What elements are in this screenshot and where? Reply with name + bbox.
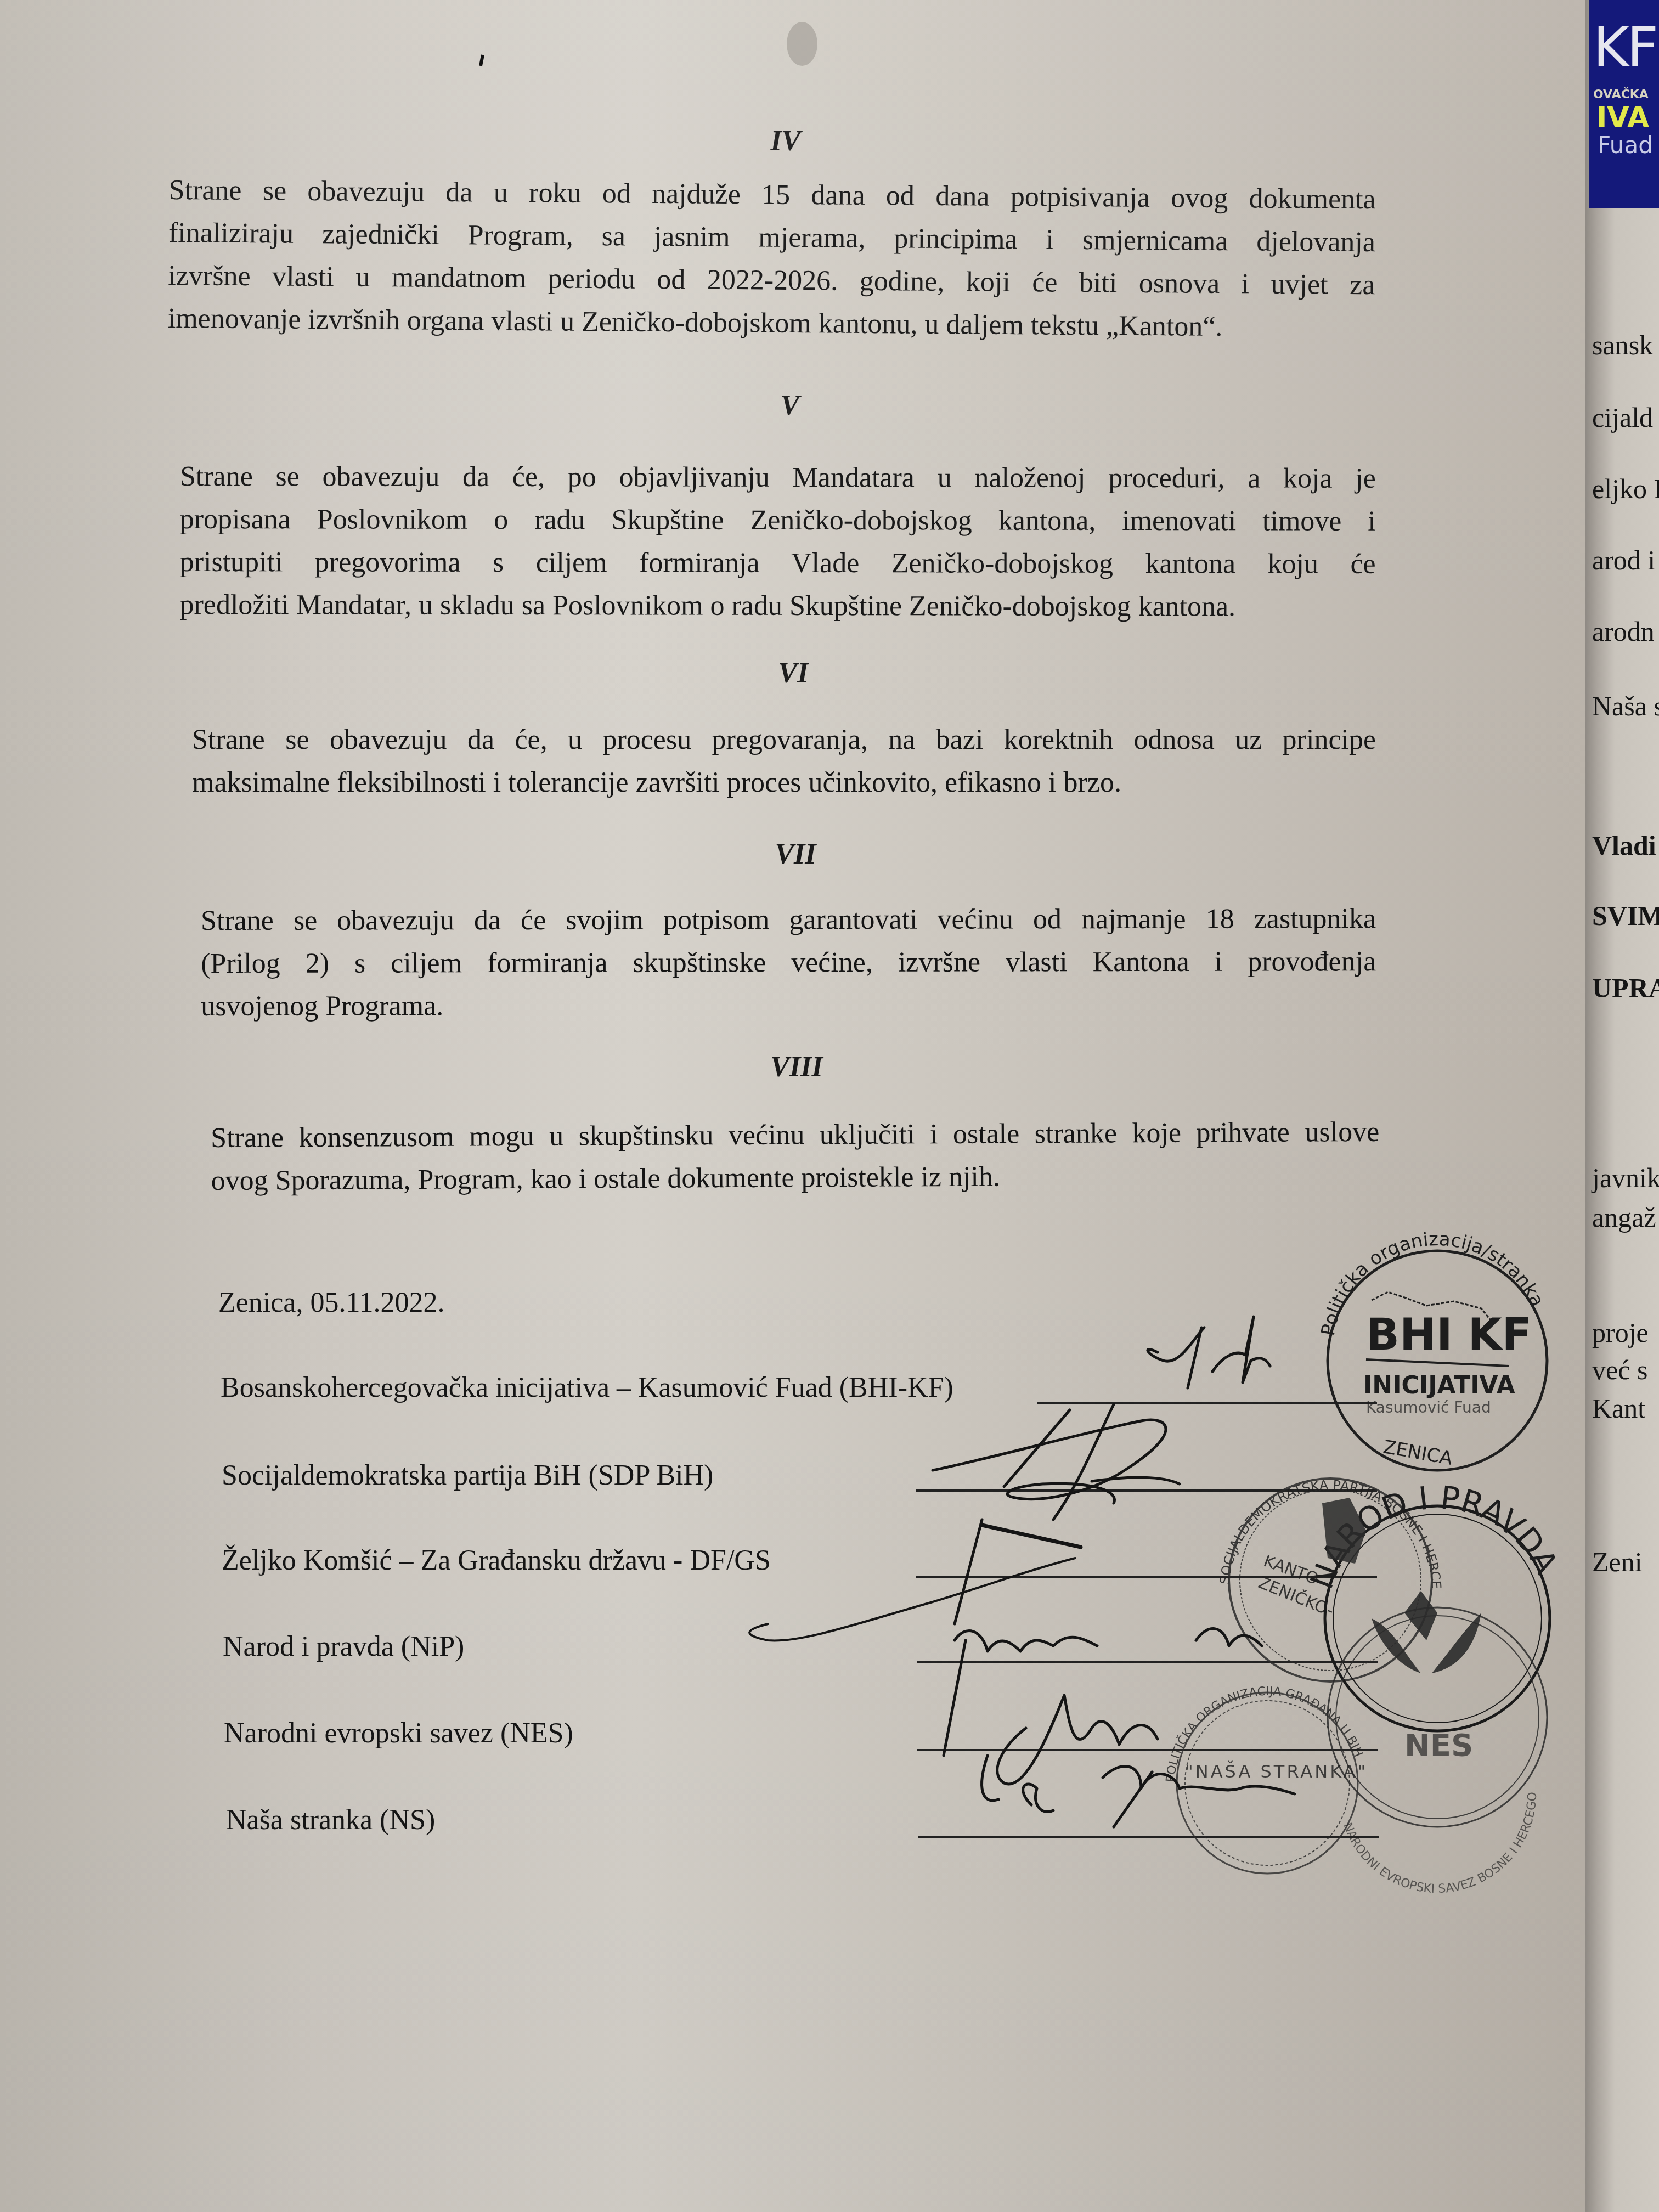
- signature-line: [1037, 1402, 1377, 1404]
- text-line: Strane se obavezuju da će svojim potpiso…: [201, 898, 1376, 943]
- text-line: maksimalne fleksibilnosti i tolerancije …: [192, 761, 1376, 804]
- side-text-fragment: Vladi: [1592, 830, 1656, 861]
- section-vii-text: Strane se obavezuju da će svojim potpiso…: [201, 898, 1376, 1028]
- signature-line: [917, 1661, 1378, 1663]
- section-iv-text: Strane se obavezuju da u roku od najduže…: [168, 169, 1376, 349]
- signatory-nip: Narod i pravda (NiP): [223, 1630, 464, 1663]
- adjacent-page-strip: KF OVAČKA IVA Fuad sansk cijald eljko K …: [1585, 0, 1659, 2212]
- side-text-fragment: UPRA: [1592, 972, 1659, 1004]
- text-line: predložiti Mandatar, u skladu sa Poslovn…: [179, 584, 1375, 629]
- side-text-fragment: proje: [1592, 1317, 1649, 1348]
- signatory-df-gs: Željko Komšić – Za Građansku državu - DF…: [222, 1544, 771, 1577]
- party-banner: KF OVAČKA IVA Fuad: [1589, 0, 1659, 208]
- section-heading-viii: VIII: [742, 1051, 851, 1084]
- side-text-fragment: Naša st: [1592, 690, 1659, 722]
- place-date: Zenica, 05.11.2022.: [218, 1286, 445, 1319]
- signature-line: [916, 1489, 1377, 1492]
- side-text-fragment: Zeni: [1592, 1546, 1643, 1578]
- section-heading-vi: VI: [738, 657, 848, 690]
- signature-line: [918, 1836, 1379, 1838]
- text-line: (Prilog 2) s ciljem formiranja skupštins…: [201, 940, 1376, 985]
- text-line: propisana Poslovnikom o radu Skupštine Z…: [180, 498, 1376, 543]
- section-heading-iv: IV: [731, 125, 840, 157]
- signatory-ns: Naša stranka (NS): [226, 1804, 435, 1836]
- text-line: pristupiti pregovorima s ciljem formiran…: [180, 541, 1376, 586]
- section-viii-text: Strane konsenzusom mogu u skupštinsku ve…: [211, 1111, 1380, 1203]
- banner-subtitle: OVAČKA: [1593, 88, 1649, 101]
- side-text-fragment: arod i: [1592, 544, 1655, 576]
- text-line: Strane se obavezuju da će, po objavljiva…: [180, 455, 1376, 500]
- banner-subtitle: IVA: [1596, 101, 1649, 134]
- section-v-text: Strane se obavezuju da će, po objavljiva…: [179, 455, 1376, 629]
- side-text-fragment: eljko K: [1592, 473, 1659, 505]
- side-text-fragment: angaž: [1592, 1201, 1656, 1233]
- signatory-sdp-bih: Socijaldemokratska partija BiH (SDP BiH): [222, 1459, 713, 1492]
- text-line: imenovanje izvršnih organa vlasti u Zeni…: [168, 297, 1375, 349]
- text-line: ovog Sporazuma, Program, kao i ostale do…: [211, 1154, 1379, 1203]
- section-heading-vii: VII: [741, 838, 850, 871]
- signatory-nes: Narodni evropski savez (NES): [224, 1717, 573, 1750]
- side-text-fragment: arodn: [1592, 616, 1655, 647]
- side-text-fragment: javnik: [1592, 1162, 1659, 1194]
- banner-logo: KF: [1593, 15, 1656, 80]
- text-line: Strane konsenzusom mogu u skupštinsku ve…: [211, 1111, 1379, 1160]
- section-heading-v: V: [735, 390, 845, 422]
- signatory-bhi-kf: Bosanskohercegovačka inicijativa – Kasum…: [221, 1372, 953, 1404]
- agreement-page: IV Strane se obavezuju da u roku od najd…: [0, 0, 1585, 2212]
- side-text-fragment: Kant: [1592, 1392, 1645, 1424]
- banner-subtitle: Fuad: [1598, 132, 1653, 159]
- section-vi-text: Strane se obavezuju da će, u procesu pre…: [192, 719, 1376, 804]
- text-line: Strane se obavezuju da će, u procesu pre…: [192, 719, 1376, 761]
- side-text-fragment: sansk: [1592, 329, 1653, 361]
- side-text-fragment: već s: [1592, 1354, 1647, 1386]
- text-line: usvojenog Programa.: [201, 983, 1376, 1028]
- signature-line: [916, 1576, 1377, 1578]
- signature-line: [917, 1749, 1378, 1751]
- side-text-fragment: SVIM: [1592, 900, 1659, 932]
- side-text-fragment: cijald: [1592, 402, 1653, 433]
